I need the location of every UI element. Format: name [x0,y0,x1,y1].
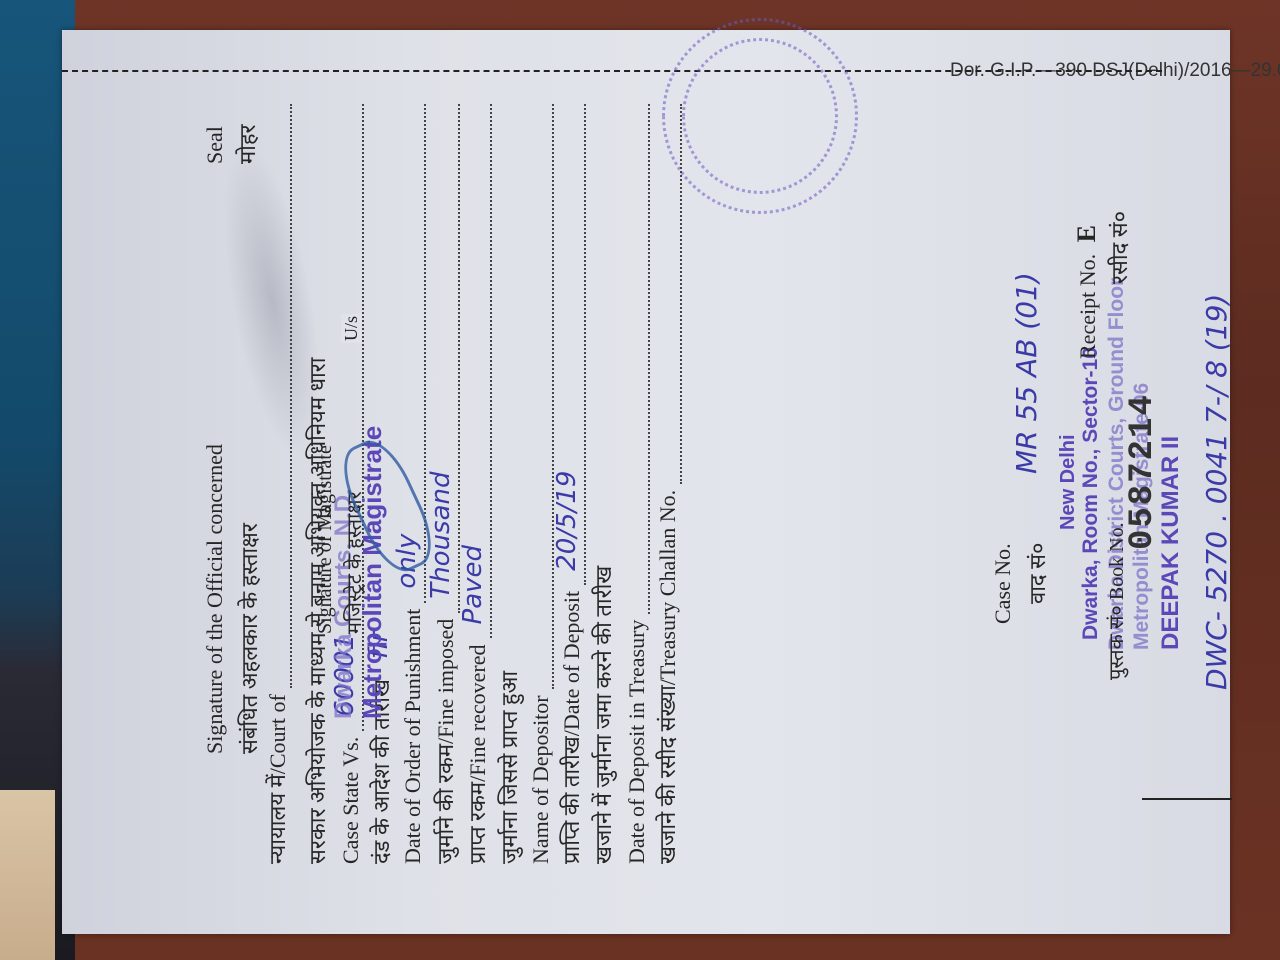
field-label: जुर्माने की रकम/Fine imposed [430,619,460,864]
field-suffix-us: U/s [341,314,362,343]
field-row: जुर्माना जिससे प्राप्त हुआ [494,104,524,864]
header-rule [1142,798,1232,800]
background-hand [0,790,55,960]
seal-hindi-label: मोहर [232,124,262,164]
field-value [656,104,682,484]
field-label: Name of Depositor [528,695,554,864]
perforation-dashed-line [62,70,1162,72]
case-no-label: Case No. [990,543,1016,624]
field-value: Paved [466,104,492,638]
field-label: Date of Deposit in Treasury [624,620,650,864]
field-value [500,104,524,665]
receipt-sheet: Dor. G.I.P.—390 DSJ(Delhi)/2016—29.09.20… [62,30,1230,934]
field-row: खजाने में जुर्माना जमा करने की तारीख [588,104,618,864]
receipt-no-hindi-label: रसीद सं० [1104,211,1134,284]
field-row: प्राप्त रकम/Fine recoveredPaved [462,104,492,864]
field-label: जुर्माना जिससे प्राप्त हुआ [494,671,524,864]
field-label: न्यायालय में/Court of [262,694,292,864]
receipt-no-label: Receipt No. E [1072,225,1102,359]
field-row: Date of Deposit in Treasury [620,104,650,864]
field-row: जुर्माने की रकम/Fine imposedThousand [430,104,460,864]
field-value [624,104,650,614]
case-no-handwritten: MR 55 AB (01) [1010,272,1043,474]
handwritten-reference: DWC- 5270 . 0041 7-/ 8 (19) [1200,294,1233,690]
receipt-serial-number: 0587214 [1124,393,1162,550]
field-value [308,104,332,352]
receipt-series: E [1072,225,1101,242]
field-row: खजाने की रसीद संख्या/Treasury Challan No… [652,104,682,864]
field-value [594,104,618,560]
field-label: खजाने में जुर्माना जमा करने की तारीख [588,566,618,864]
field-value: Thousand [434,104,460,613]
magistrate-signature-english: Signature of Magistrate [314,445,337,634]
official-signature-hindi: संबंधित अहलकार के हस्ताक्षर [234,523,264,754]
seal-english-label: Seal [202,126,228,164]
field-value: 20/5/19 [560,104,586,585]
field-label: प्राप्ति की तारीख/Date of Deposit [556,591,586,864]
field-label: प्राप्त रकम/Fine recovered [462,644,492,864]
receipt-no-english-label: Receipt No. [1075,254,1100,359]
field-label: खजाने की रसीद संख्या/Treasury Challan No… [652,490,682,864]
case-no-hindi-label: वाद सं० [1022,543,1052,604]
field-row: Name of Depositor [524,104,554,864]
field-value [528,104,554,689]
stamp-office-line-3: Dwarka, Room No., Sector-10 [1079,347,1103,640]
field-label: Case State Vs. [338,737,364,864]
field-label: Date of Order of Punishment [400,609,426,864]
book-no-label: पुस्तक सं० Book No. [1102,522,1129,680]
field-row: प्राप्ति की तारीख/Date of Deposit20/5/19 [556,104,586,864]
stamp-office-line-4: New Delhi [1057,434,1080,530]
official-signature-english: Signature of the Official concerned [202,444,228,754]
field-row: न्यायालय में/Court of [262,104,292,864]
field-value [266,104,292,688]
